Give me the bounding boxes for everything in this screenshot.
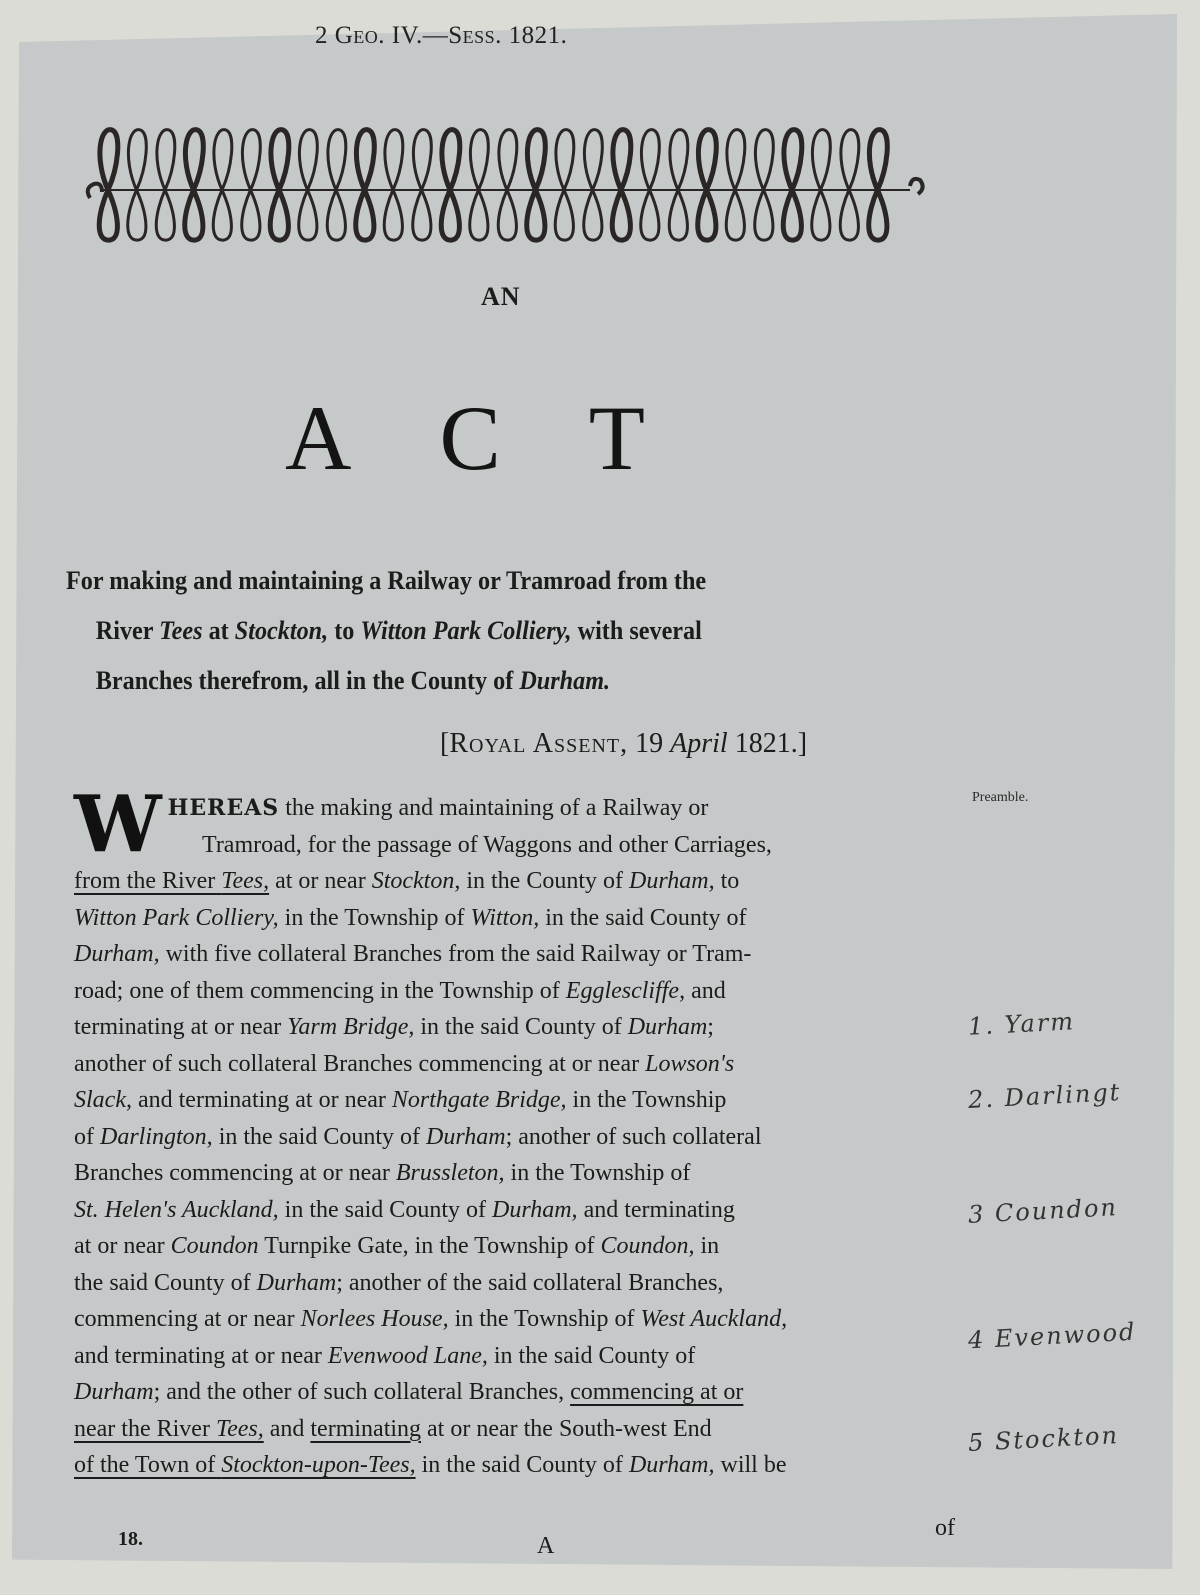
preamble-line: HEREAS the making and maintaining of a R…: [74, 790, 964, 827]
text-run: Turnpike Gate, in the Township of: [259, 1233, 601, 1259]
preamble-line: commencing at or near Norlees House, in …: [74, 1301, 964, 1338]
catchword: of: [935, 1515, 955, 1542]
decorative-scroll-border-icon: [80, 118, 930, 248]
heading-act: ACT: [285, 385, 733, 491]
preamble-line: from the River Tees, at or near Stockton…: [74, 863, 964, 900]
assent-year: 1821.]: [728, 728, 807, 759]
preamble-line: and terminating at or near Evenwood Lane…: [74, 1338, 964, 1375]
dropcap-letter: W: [74, 792, 162, 858]
long-title-line-1: For making and maintaining a Railway or …: [66, 556, 903, 606]
text-run: commencing at or: [570, 1379, 743, 1405]
text-run: in the said County of: [279, 1197, 492, 1223]
long-title: For making and maintaining a Railway or …: [66, 556, 903, 706]
italic-place-name: Norlees House,: [301, 1306, 449, 1332]
text-run: from the River: [74, 868, 221, 894]
signature-letter: A: [537, 1533, 554, 1560]
margin-note-preamble: Preamble.: [972, 790, 1028, 806]
text-run: of the Town of: [74, 1452, 221, 1478]
text-run: Tramroad, for the passage of Waggons and…: [202, 832, 772, 858]
text-run: in the said County of: [488, 1343, 695, 1369]
text-run: another of such collateral Branches comm…: [74, 1051, 645, 1077]
text-run: at or near the South-west End: [421, 1416, 712, 1442]
text-run: in the said County of: [213, 1124, 426, 1150]
preamble-line: Slack, and terminating at or near Northg…: [74, 1082, 964, 1119]
royal-assent-date: [Royal Assent, 19 April 1821.]: [440, 728, 807, 760]
text-run: Branches commencing at or near: [74, 1160, 396, 1186]
italic-place-name: Durham,: [629, 1452, 715, 1478]
preamble-line: of Darlington, in the said County of Dur…: [74, 1119, 964, 1156]
text-run: in the said County of: [539, 905, 746, 931]
text-run: in the County of: [460, 868, 629, 894]
text-run: to: [715, 868, 740, 894]
text-run: road; one of them commencing in the Town…: [74, 978, 566, 1004]
text-run: commencing at or near: [74, 1306, 301, 1332]
italic-place-name: Durham: [257, 1270, 337, 1296]
preamble-line: St. Helen's Auckland, in the said County…: [74, 1192, 964, 1229]
italic-place-name: West Auckland,: [640, 1306, 787, 1332]
preamble-line: Tramroad, for the passage of Waggons and…: [74, 827, 964, 864]
text-run: terminating at or near: [74, 1014, 287, 1040]
long-title-line-3: Branches therefrom, all in the County of…: [66, 656, 903, 706]
italic-place-name: Durham,: [74, 941, 160, 967]
text-run: and terminating: [578, 1197, 735, 1223]
blackletter-opening-word: HEREAS: [168, 795, 280, 821]
text-run: ; and the other of such collateral Branc…: [154, 1379, 571, 1405]
text-run: and terminating at or near: [74, 1343, 328, 1369]
italic-place-name: Stockton,: [235, 616, 328, 645]
text-run: in the said County of: [414, 1014, 627, 1040]
italic-place-name: Tees: [159, 616, 202, 645]
preamble-line: Durham, with five collateral Branches fr…: [74, 936, 964, 973]
preamble-line: terminating at or near Yarm Bridge, in t…: [74, 1009, 964, 1046]
long-title-line-2: River Tees at Stockton, to Witton Park C…: [66, 606, 903, 656]
preamble-line: Witton Park Colliery, in the Township of…: [74, 900, 964, 937]
text-run: ;: [707, 1014, 714, 1040]
italic-place-name: St. Helen's Auckland,: [74, 1197, 279, 1223]
text-run: in the Township of: [505, 1160, 691, 1186]
italic-place-name: Northgate Bridge,: [392, 1087, 567, 1113]
text-run: in the said County of: [416, 1452, 629, 1478]
text-run: the making and maintaining of a Railway …: [279, 795, 708, 821]
italic-place-name: Durham.: [519, 666, 610, 695]
italic-place-name: Durham,: [629, 868, 715, 894]
text-run: of: [74, 1124, 100, 1150]
italic-place-name: Tees,: [221, 868, 269, 894]
text-run: terminating: [310, 1416, 421, 1442]
preamble-text: W HEREAS the making and maintaining of a…: [74, 790, 964, 1484]
text-run: and terminating at or near: [132, 1087, 392, 1113]
assent-day: 19: [628, 728, 670, 759]
text-run: near the River: [74, 1416, 216, 1442]
text-run: the said County of: [74, 1270, 257, 1296]
handwritten-annotation: 1. Yarm: [967, 1007, 1075, 1041]
italic-place-name: Witton Park Colliery,: [74, 905, 279, 931]
text-run: in the Township of: [279, 905, 471, 931]
text-run: River: [96, 616, 159, 645]
preamble-line: Durham; and the other of such collateral…: [74, 1374, 964, 1411]
text-run: in the Township: [567, 1087, 727, 1113]
italic-place-name: Durham: [426, 1124, 506, 1150]
italic-place-name: Stockton-upon-Tees,: [221, 1452, 415, 1478]
text-run: to: [328, 616, 360, 645]
text-run: with several: [572, 616, 702, 645]
text-run: at or near: [269, 868, 372, 894]
italic-place-name: Yarm Bridge,: [287, 1014, 414, 1040]
text-run: ; another of the said collateral Branche…: [336, 1270, 723, 1296]
italic-place-name: Durham: [628, 1014, 708, 1040]
preamble-line: of the Town of Stockton-upon-Tees, in th…: [74, 1447, 964, 1484]
running-head: 2 Geo. IV.—Sess. 1821.: [315, 22, 567, 50]
text-run: and: [264, 1416, 311, 1442]
preamble-line: Branches commencing at or near Brussleto…: [74, 1155, 964, 1192]
italic-place-name: Coundon,: [601, 1233, 695, 1259]
italic-place-name: Durham,: [492, 1197, 578, 1223]
italic-place-name: Slack,: [74, 1087, 132, 1113]
italic-place-name: Darlington,: [100, 1124, 213, 1150]
italic-place-name: Brussleton,: [396, 1160, 505, 1186]
italic-place-name: Stockton,: [372, 868, 461, 894]
text-run: in the Township of: [449, 1306, 641, 1332]
heading-an: AN: [481, 282, 521, 312]
text-run: at: [203, 616, 235, 645]
italic-place-name: Durham: [74, 1379, 154, 1405]
text-run: at or near: [74, 1233, 171, 1259]
text-run: ; another of such collateral: [506, 1124, 762, 1150]
text-run: in: [695, 1233, 720, 1259]
text-run: with five collateral Branches from the s…: [160, 941, 752, 967]
preamble-line: near the River Tees, and terminating at …: [74, 1411, 964, 1448]
preamble-line: at or near Coundon Turnpike Gate, in the…: [74, 1228, 964, 1265]
italic-place-name: Evenwood Lane,: [328, 1343, 488, 1369]
italic-place-name: Witton Park Colliery,: [360, 616, 571, 645]
italic-place-name: Lowson's: [645, 1051, 734, 1077]
preamble-line: road; one of them commencing in the Town…: [74, 973, 964, 1010]
text-run: will be: [715, 1452, 787, 1478]
italic-place-name: Egglescliffe,: [566, 978, 685, 1004]
text-run: Branches therefrom, all in the County of: [96, 666, 520, 695]
italic-place-name: Tees,: [216, 1416, 264, 1442]
preamble-line: another of such collateral Branches comm…: [74, 1046, 964, 1083]
royal-assent-label: Royal Assent,: [449, 728, 628, 759]
bracket: [: [440, 728, 449, 759]
italic-place-name: Witton,: [471, 905, 540, 931]
preamble-line: the said County of Durham; another of th…: [74, 1265, 964, 1302]
signature-number: 18.: [118, 1528, 143, 1551]
assent-month: April: [670, 728, 728, 759]
italic-place-name: Coundon: [171, 1233, 259, 1259]
text-run: and: [685, 978, 726, 1004]
